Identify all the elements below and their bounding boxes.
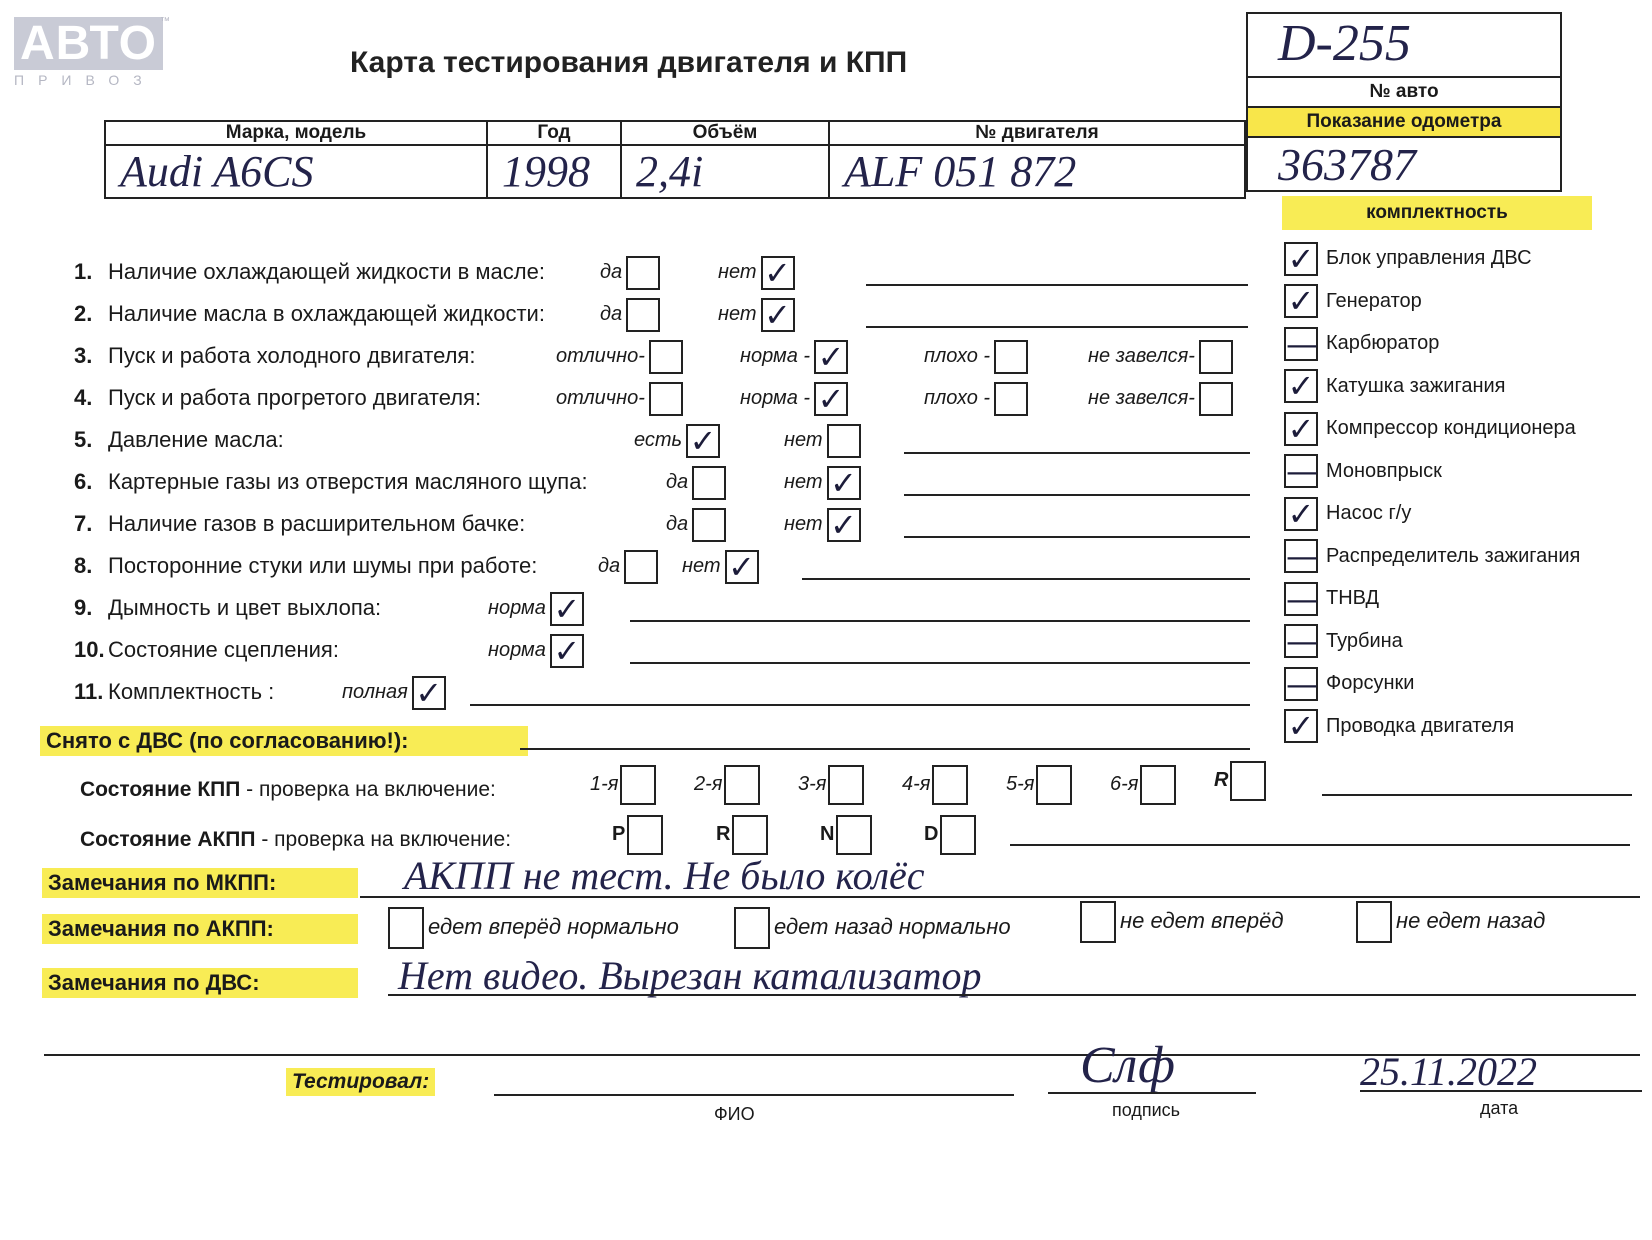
logo-sub: ПРИВОЗ (14, 72, 163, 88)
check-notes-line[interactable] (866, 326, 1248, 328)
check-option: да (600, 254, 660, 290)
akpp-gear: P (612, 814, 663, 854)
option-checkbox[interactable]: ✓ (761, 256, 795, 290)
kit-title: комплектность (1282, 196, 1592, 230)
removed-input-line[interactable] (520, 748, 1250, 750)
gear-checkbox[interactable] (1230, 761, 1266, 801)
option-label: да (600, 261, 622, 283)
option-label: нет (784, 429, 823, 451)
kit-item: —Карбюратор (1284, 325, 1439, 361)
signature-line (1048, 1092, 1256, 1094)
gear-checkbox[interactable] (940, 815, 976, 855)
akpp-gear: N (820, 814, 872, 854)
gear-label: R (716, 823, 730, 845)
option-label: есть (634, 429, 682, 451)
kit-item-label: Распределитель зажигания (1326, 545, 1580, 567)
gear-checkbox[interactable] (627, 815, 663, 855)
gear-checkbox[interactable] (1140, 765, 1176, 805)
kpp-gear: 5-я (1006, 764, 1072, 804)
check-number: 1. (74, 254, 108, 290)
kpp-gear: 6-я (1110, 764, 1176, 804)
check-option: норма -✓ (740, 338, 848, 374)
check-notes-line[interactable] (904, 536, 1250, 538)
gear-checkbox[interactable] (836, 815, 872, 855)
option-label: да (598, 555, 620, 577)
volume-field[interactable]: 2,4i (621, 145, 829, 198)
kit-item: —Распределитель зажигания (1284, 538, 1580, 574)
check-number: 6. (74, 464, 108, 500)
gear-checkbox[interactable] (1036, 765, 1072, 805)
check-notes-line[interactable] (470, 704, 1250, 706)
col-label-engine-number: № двигателя (829, 121, 1245, 145)
check-number: 9. (74, 590, 108, 626)
check-number: 7. (74, 506, 108, 542)
logo: АВТО ™ ПРИВОЗ (14, 18, 163, 88)
kpp-label-bold: Состояние КПП (80, 778, 240, 801)
kit-checkbox[interactable]: — (1284, 582, 1318, 616)
check-label: Состояние сцепления: (108, 637, 339, 662)
akpp-gear: D (924, 814, 976, 854)
car-info-box: D-255 № авто Показание одометра 363787 (1246, 12, 1562, 192)
option-label: да (600, 303, 622, 325)
gear-label: 5-я (1006, 773, 1034, 795)
logo-main: АВТО (14, 17, 163, 70)
check-option: полная✓ (342, 674, 446, 710)
option-checkbox[interactable]: ✓ (814, 340, 848, 374)
check-label: Комплектность : (108, 679, 274, 704)
kit-item-label: Насос г/у (1326, 502, 1411, 524)
check-label: Пуск и работа холодного двигателя: (108, 343, 475, 368)
option-checkbox[interactable]: ✓ (814, 382, 848, 416)
akpp-remark-checkbox[interactable] (388, 907, 424, 949)
option-checkbox[interactable]: ✓ (550, 592, 584, 626)
check-option: нет✓ (718, 254, 795, 290)
akpp-gear: R (716, 814, 768, 854)
kit-item: ✓Катушка зажигания (1284, 368, 1506, 404)
gear-checkbox[interactable] (932, 765, 968, 805)
gear-label: 2-я (694, 773, 722, 795)
option-checkbox[interactable]: ✓ (761, 298, 795, 332)
option-checkbox[interactable] (624, 550, 658, 584)
check-option: норма✓ (488, 632, 584, 668)
gear-checkbox[interactable] (620, 765, 656, 805)
kit-checkbox[interactable]: ✓ (1284, 412, 1318, 446)
model-field[interactable]: Audi A6CS (105, 145, 487, 198)
fio-line[interactable] (494, 1094, 1014, 1096)
option-checkbox[interactable] (1199, 382, 1233, 416)
dvs-remarks-label: Замечания по ДВС: (42, 968, 358, 998)
check-row: 8.Посторонние стуки или шумы при работе: (74, 548, 537, 584)
check-row: 1.Наличие охлаждающей жидкости в масле: (74, 254, 545, 290)
option-checkbox[interactable] (626, 256, 660, 290)
option-checkbox[interactable] (649, 340, 683, 374)
kpp-row: Состояние КПП - проверка на включение: (80, 772, 496, 808)
akpp-remark-label: не едет вперёд (1120, 908, 1284, 933)
gear-label: 3-я (798, 773, 826, 795)
check-label: Посторонние стуки или шумы при работе: (108, 553, 537, 578)
akpp-remark-label: едет вперёд нормально (428, 914, 679, 939)
kit-item: ✓Блок управления ДВС (1284, 240, 1532, 276)
check-number: 8. (74, 548, 108, 584)
kpp-gear: 2-я (694, 764, 760, 804)
check-row: 7.Наличие газов в расширительном бачке: (74, 506, 525, 542)
tested-label: Тестировал: (286, 1068, 435, 1096)
check-row: 11.Комплектность : (74, 674, 274, 710)
kit-checkbox[interactable]: ✓ (1284, 284, 1318, 318)
kit-item: ✓Насос г/у (1284, 495, 1411, 531)
gear-label: 4-я (902, 773, 930, 795)
gear-label: 6-я (1110, 773, 1138, 795)
option-checkbox[interactable]: ✓ (725, 550, 759, 584)
kit-item-label: Форсунки (1326, 672, 1414, 694)
kit-checkbox[interactable]: — (1284, 624, 1318, 658)
akpp-remark-option: едет вперёд нормально (388, 906, 679, 948)
check-option: да (598, 548, 658, 584)
kpp-gear: 4-я (902, 764, 968, 804)
kpp-gear: R (1214, 760, 1266, 800)
kit-item: ✓Генератор (1284, 283, 1422, 319)
check-label: Пуск и работа прогретого двигателя: (108, 385, 481, 410)
engine-number-field[interactable]: ALF 051 872 (829, 145, 1245, 198)
car-number-label: № авто (1248, 78, 1560, 108)
gear-label: N (820, 823, 834, 845)
akpp-label-rest: - проверка на включение: (256, 828, 512, 851)
check-label: Наличие масла в охлаждающей жидкости: (108, 301, 545, 326)
option-label: плохо - (924, 387, 990, 409)
option-checkbox[interactable] (994, 340, 1028, 374)
check-option: нет✓ (784, 464, 861, 500)
check-row: 9.Дымность и цвет выхлопа: (74, 590, 381, 626)
odometer-field[interactable]: 363787 (1248, 138, 1560, 190)
option-label: нет (718, 261, 757, 283)
check-option: отлично- (556, 380, 683, 416)
gear-checkbox[interactable] (724, 765, 760, 805)
kit-item-label: Турбина (1326, 630, 1403, 652)
logo-tm: ™ (160, 16, 170, 27)
kit-item: —ТНВД (1284, 580, 1379, 616)
check-row: 6.Картерные газы из отверстия масляного … (74, 464, 588, 500)
check-option: нет✓ (784, 506, 861, 542)
signature-field[interactable]: Слф (1080, 1036, 1175, 1095)
gear-label: 1-я (590, 773, 618, 795)
check-number: 2. (74, 296, 108, 332)
option-checkbox[interactable] (1199, 340, 1233, 374)
akpp-remark-option: не едет назад (1356, 900, 1545, 942)
option-label: не завелся- (1088, 387, 1195, 409)
akpp-remark-label: едет назад нормально (774, 914, 1011, 939)
option-label: норма (488, 639, 546, 661)
option-label: да (666, 471, 688, 493)
option-checkbox[interactable] (827, 424, 861, 458)
option-label: нет (718, 303, 757, 325)
kit-item-label: Карбюратор (1326, 332, 1439, 354)
kit-item-label: Катушка зажигания (1326, 375, 1506, 397)
kit-item: —Моновпрыск (1284, 453, 1442, 489)
option-label: отлично- (556, 345, 645, 367)
kpp-notes-line[interactable] (1322, 794, 1632, 796)
option-checkbox[interactable]: ✓ (550, 634, 584, 668)
check-number: 4. (74, 380, 108, 416)
mkpp-remarks-label: Замечания по МКПП: (42, 868, 358, 898)
akpp-remark-checkbox[interactable] (1356, 901, 1392, 943)
option-label: норма - (740, 387, 810, 409)
option-label: полная (342, 681, 408, 703)
check-label: Давление масла: (108, 427, 284, 452)
fio-label: ФИО (714, 1104, 755, 1125)
check-notes-line[interactable] (630, 620, 1250, 622)
option-label: да (666, 513, 688, 535)
option-label: отлично- (556, 387, 645, 409)
check-option: не завелся- (1088, 380, 1233, 416)
check-row: 3.Пуск и работа холодного двигателя: (74, 338, 475, 374)
check-option: норма✓ (488, 590, 584, 626)
check-notes-line[interactable] (866, 284, 1248, 286)
akpp-notes-line[interactable] (1010, 844, 1630, 846)
check-number: 3. (74, 338, 108, 374)
kit-item: ✓Компрессор кондиционера (1284, 410, 1576, 446)
check-option: отлично- (556, 338, 683, 374)
option-label: норма - (740, 345, 810, 367)
check-number: 10. (74, 632, 108, 668)
col-label-model: Марка, модель (105, 121, 487, 145)
check-option: плохо - (924, 338, 1028, 374)
kit-item: —Турбина (1284, 623, 1403, 659)
kpp-gear: 3-я (798, 764, 864, 804)
check-row: 2.Наличие масла в охлаждающей жидкости: (74, 296, 545, 332)
kit-item-label: ТНВД (1326, 587, 1379, 609)
option-checkbox[interactable] (692, 508, 726, 542)
akpp-remark-checkbox[interactable] (734, 907, 770, 949)
akpp-remark-option: не едет вперёд (1080, 900, 1284, 942)
akpp-remark-checkbox[interactable] (1080, 901, 1116, 943)
check-option: да (600, 296, 660, 332)
option-checkbox[interactable] (626, 298, 660, 332)
gear-label: P (612, 823, 625, 845)
akpp-remark-label: не едет назад (1396, 908, 1545, 933)
gear-checkbox[interactable] (828, 765, 864, 805)
kit-item: ✓Проводка двигателя (1284, 708, 1514, 744)
date-line (1360, 1090, 1642, 1092)
kit-checkbox[interactable]: ✓ (1284, 369, 1318, 403)
option-label: не завелся- (1088, 345, 1195, 367)
check-option: есть✓ (634, 422, 720, 458)
option-checkbox[interactable] (649, 382, 683, 416)
kit-checkbox[interactable]: — (1284, 454, 1318, 488)
option-checkbox[interactable] (692, 466, 726, 500)
option-checkbox[interactable]: ✓ (686, 424, 720, 458)
kit-checkbox[interactable]: — (1284, 539, 1318, 573)
page-title: Карта тестирования двигателя и КПП (350, 46, 907, 80)
kit-checkbox[interactable]: — (1284, 327, 1318, 361)
check-notes-line[interactable] (630, 662, 1250, 664)
check-option: нет (784, 422, 861, 458)
option-label: нет (784, 471, 823, 493)
check-option: да (666, 464, 726, 500)
check-label: Дымность и цвет выхлопа: (108, 595, 381, 620)
check-notes-line[interactable] (904, 494, 1250, 496)
option-checkbox[interactable]: ✓ (412, 676, 446, 710)
gear-checkbox[interactable] (732, 815, 768, 855)
check-row: 4.Пуск и работа прогретого двигателя: (74, 380, 481, 416)
check-label: Наличие охлаждающей жидкости в масле: (108, 259, 545, 284)
kit-checkbox[interactable]: ✓ (1284, 242, 1318, 276)
check-row: 10.Состояние сцепления: (74, 632, 339, 668)
gear-label: D (924, 823, 938, 845)
kit-item-label: Проводка двигателя (1326, 715, 1514, 737)
option-checkbox[interactable]: ✓ (827, 466, 861, 500)
date-label: дата (1480, 1098, 1518, 1119)
check-option: нет✓ (682, 548, 759, 584)
option-label: нет (682, 555, 721, 577)
option-label: нет (784, 513, 823, 535)
check-option: плохо - (924, 380, 1028, 416)
gear-label: R (1214, 769, 1228, 791)
dvs-remarks-line (388, 994, 1636, 996)
check-label: Картерные газы из отверстия масляного щу… (108, 469, 588, 494)
akpp-remark-option: едет назад нормально (734, 906, 1011, 948)
date-field[interactable]: 25.11.2022 (1360, 1048, 1537, 1095)
kit-item: —Форсунки (1284, 665, 1414, 701)
odometer-label: Показание одометра (1248, 108, 1560, 138)
kit-item-label: Компрессор кондиционера (1326, 417, 1576, 439)
check-notes-line[interactable] (904, 452, 1250, 454)
check-row: 5.Давление масла: (74, 422, 284, 458)
check-option: да (666, 506, 726, 542)
year-field[interactable]: 1998 (487, 145, 621, 198)
akpp-label-bold: Состояние АКПП (80, 828, 256, 851)
check-number: 11. (74, 674, 108, 710)
col-label-volume: Объём (621, 121, 829, 145)
check-number: 5. (74, 422, 108, 458)
kit-checkbox[interactable]: — (1284, 667, 1318, 701)
check-option: нет✓ (718, 296, 795, 332)
kpp-label-rest: - проверка на включение: (240, 778, 496, 801)
akpp-remarks-label: Замечания по АКПП: (42, 914, 358, 944)
kit-checkbox[interactable]: ✓ (1284, 709, 1318, 743)
removed-label: Снято с ДВС (по согласованию!): (40, 726, 528, 756)
check-label: Наличие газов в расширительном бачке: (108, 511, 525, 536)
check-option: не завелся- (1088, 338, 1233, 374)
option-label: норма (488, 597, 546, 619)
car-number-field[interactable]: D-255 (1248, 14, 1560, 78)
signature-label: подпись (1112, 1100, 1180, 1121)
kpp-gear: 1-я (590, 764, 656, 804)
option-label: плохо - (924, 345, 990, 367)
dvs-remarks-field[interactable]: Нет видео. Вырезан катализатор (398, 952, 982, 999)
option-checkbox[interactable] (994, 382, 1028, 416)
check-notes-line[interactable] (802, 578, 1250, 580)
kit-checkbox[interactable]: ✓ (1284, 497, 1318, 531)
vehicle-header-table: Марка, модель Год Объём № двигателя Audi… (104, 120, 1246, 199)
col-label-year: Год (487, 121, 621, 145)
kit-item-label: Моновпрыск (1326, 460, 1442, 482)
mkpp-remarks-line (360, 896, 1640, 898)
kit-item-label: Блок управления ДВС (1326, 247, 1532, 269)
option-checkbox[interactable]: ✓ (827, 508, 861, 542)
check-option: норма -✓ (740, 380, 848, 416)
mkpp-remarks-field[interactable]: АКПП не тест. Не было колёс (404, 852, 925, 899)
kit-item-label: Генератор (1326, 290, 1422, 312)
